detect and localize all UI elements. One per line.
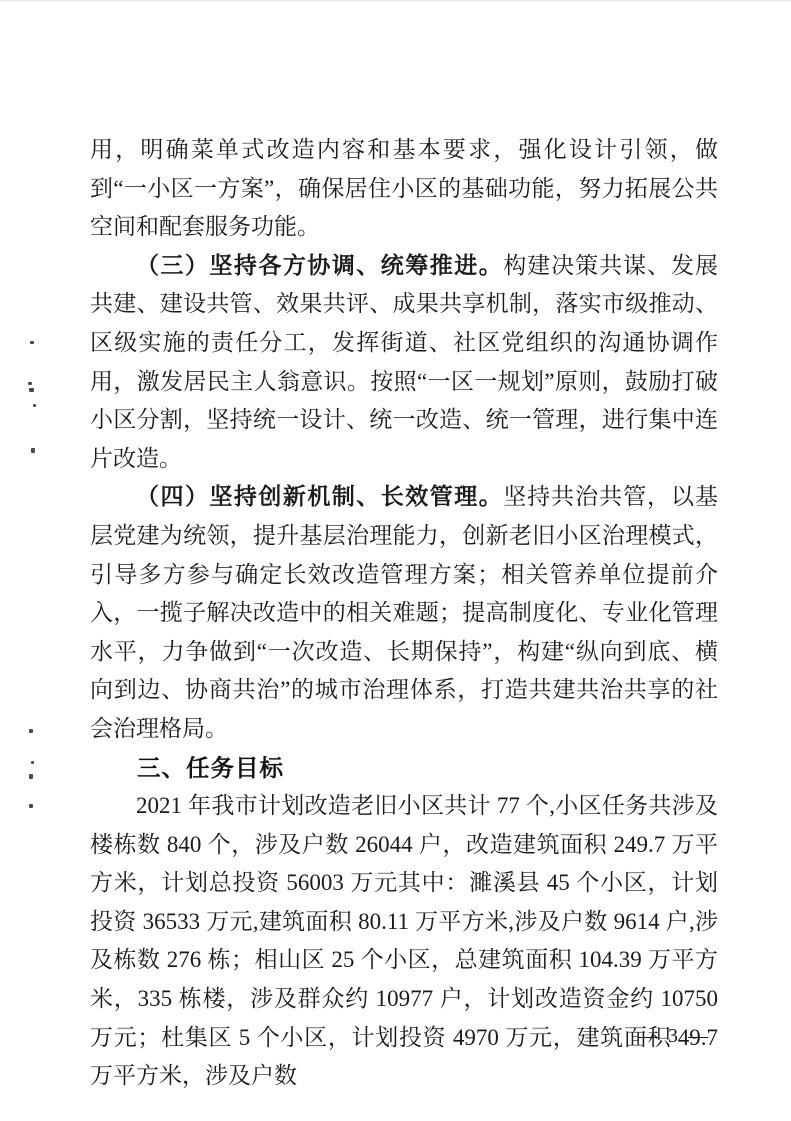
scan-speck bbox=[30, 341, 34, 344]
paragraph-point-four-text: 坚持共治共管，以基层党建为统领，提升基层治理能力，创新老旧小区治理模式，引导多方… bbox=[90, 484, 718, 741]
scan-speck bbox=[29, 774, 33, 779]
paragraph-continuation: 用，明确菜单式改造内容和基本要求，强化设计引领，做到“一小区一方案”，确保居住小… bbox=[90, 131, 718, 247]
document-body: 用，明确菜单式改造内容和基本要求，强化设计引领，做到“一小区一方案”，确保居住小… bbox=[90, 131, 718, 1096]
document-page: 用，明确菜单式改造内容和基本要求，强化设计引领，做到“一小区一方案”，确保居住小… bbox=[0, 0, 791, 1121]
scan-speck bbox=[29, 804, 33, 808]
page-number: — 3 — bbox=[618, 1025, 728, 1048]
paragraph-point-three-lead: （三）坚持各方协调、统筹推进。 bbox=[136, 253, 503, 278]
scan-speck bbox=[31, 448, 35, 453]
paragraph-point-four-lead: （四）坚持创新机制、长效管理。 bbox=[136, 484, 503, 509]
section-heading-task-targets: 三、任务目标 bbox=[90, 749, 718, 788]
scan-speck bbox=[31, 761, 34, 764]
scan-edge bbox=[0, 0, 791, 2]
scan-speck bbox=[33, 404, 36, 407]
scan-speck bbox=[29, 388, 34, 392]
paragraph-point-three: （三）坚持各方协调、统筹推进。构建决策共谋、发展共建、建设共管、效果共评、成果共… bbox=[90, 247, 718, 479]
paragraph-point-four: （四）坚持创新机制、长效管理。坚持共治共管，以基层党建为统领，提升基层治理能力，… bbox=[90, 478, 718, 748]
scan-speck bbox=[28, 382, 32, 385]
paragraph-point-three-text: 构建决策共谋、发展共建、建设共管、效果共评、成果共享机制，落实市级推动、区级实施… bbox=[90, 253, 718, 471]
paragraph-task-targets: 2021 年我市计划改造老旧小区共计 77 个,小区任务共涉及楼栋数 840 个… bbox=[90, 787, 718, 1096]
scan-speck bbox=[29, 729, 33, 733]
